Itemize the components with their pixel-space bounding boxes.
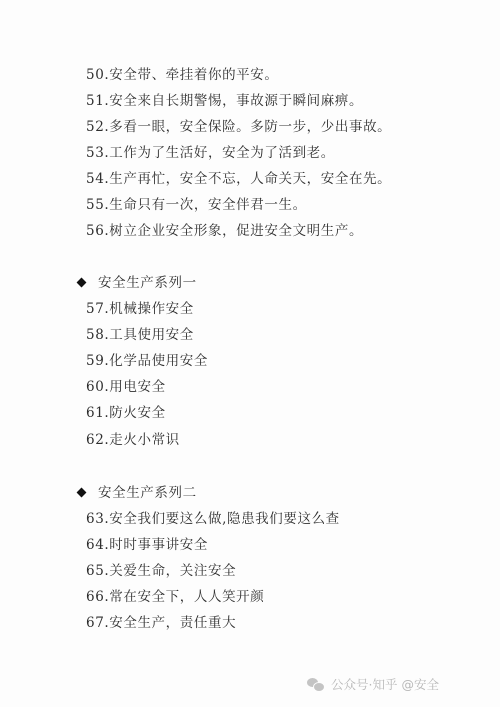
item-number: 57. [86,301,109,317]
item-text: 机械操作安全 [109,301,194,317]
list-item: 51.安全来自长期警惕，事故源于瞬间麻痹。 [86,91,363,111]
diamond-bullet-icon [77,278,87,288]
list-item: 62.走火小常识 [86,430,180,450]
item-text: 用电安全 [109,379,165,395]
item-number: 51. [86,93,109,109]
list-item: 57.机械操作安全 [86,299,194,319]
item-number: 59. [86,353,109,369]
list-item: 67.安全生产，责任重大 [86,613,236,633]
item-text: 工具使用安全 [109,327,194,343]
list-item: 54.生产再忙，安全不忘，人命关天，安全在先。 [86,169,391,189]
document-page: 50.安全带、牵挂着你的平安。 51.安全来自长期警惕，事故源于瞬间麻痹。 52… [0,0,500,707]
section-heading-2: 安全生产系列二 [78,483,197,503]
section-title: 安全生产系列一 [98,275,197,291]
item-number: 56. [86,223,109,239]
list-item: 65.关爱生命，关注安全 [86,561,236,581]
list-item: 66.常在安全下，人人笑开颜 [86,587,264,607]
item-text: 安全带、牵挂着你的平安。 [109,67,278,83]
item-text: 安全来自长期警惕，事故源于瞬间麻痹。 [109,93,363,109]
item-text: 工作为了生活好，安全为了活到老。 [109,145,335,161]
item-number: 64. [86,537,109,553]
item-number: 65. [86,563,109,579]
item-text: 生产再忙，安全不忘，人命关天，安全在先。 [109,171,391,187]
item-text: 关爱生命，关注安全 [109,563,236,579]
wechat-icon [307,678,325,692]
list-item: 50.安全带、牵挂着你的平安。 [86,65,278,85]
item-text: 走火小常识 [109,432,180,448]
list-item: 64.时时事事讲安全 [86,535,208,555]
item-number: 66. [86,589,109,605]
list-item: 63.安全我们要这么做,隐患我们要这么查 [86,509,340,529]
item-number: 58. [86,327,109,343]
item-number: 50. [86,67,109,83]
item-number: 63. [86,511,109,527]
watermark-label: 公众号 [331,676,369,694]
section-title: 安全生产系列二 [98,485,197,501]
item-text: 生命只有一次，安全伴君一生。 [109,197,306,213]
item-text: 安全生产，责任重大 [109,615,236,631]
item-number: 67. [86,615,109,631]
item-text: 多看一眼，安全保险。多防一步，少出事故。 [109,119,391,135]
item-number: 53. [86,145,109,161]
list-item: 60.用电安全 [86,377,166,397]
item-number: 54. [86,171,109,187]
list-item: 55.生命只有一次，安全伴君一生。 [86,195,307,215]
item-number: 60. [86,379,109,395]
watermark: 公众号 · 知乎 @安全 [307,676,439,694]
item-number: 52. [86,119,109,135]
item-text: 树立企业安全形象，促进安全文明生产。 [109,223,363,239]
item-text: 安全我们要这么做,隐患我们要这么查 [109,511,340,527]
list-item: 52.多看一眼，安全保险。多防一步，少出事故。 [86,117,391,137]
item-text: 化学品使用安全 [109,353,208,369]
item-text: 时时事事讲安全 [109,537,208,553]
list-item: 61.防火安全 [86,403,166,423]
item-number: 61. [86,405,109,421]
diamond-bullet-icon [77,488,87,498]
item-text: 防火安全 [109,405,165,421]
list-item: 59.化学品使用安全 [86,351,208,371]
list-item: 58.工具使用安全 [86,325,194,345]
item-number: 62. [86,432,109,448]
item-number: 55. [86,197,109,213]
section-heading-1: 安全生产系列一 [78,273,197,293]
list-item: 53.工作为了生活好，安全为了活到老。 [86,143,335,163]
watermark-account: 知乎 @安全 [373,676,439,694]
item-text: 常在安全下，人人笑开颜 [109,589,264,605]
list-item: 56.树立企业安全形象，促进安全文明生产。 [86,221,363,241]
